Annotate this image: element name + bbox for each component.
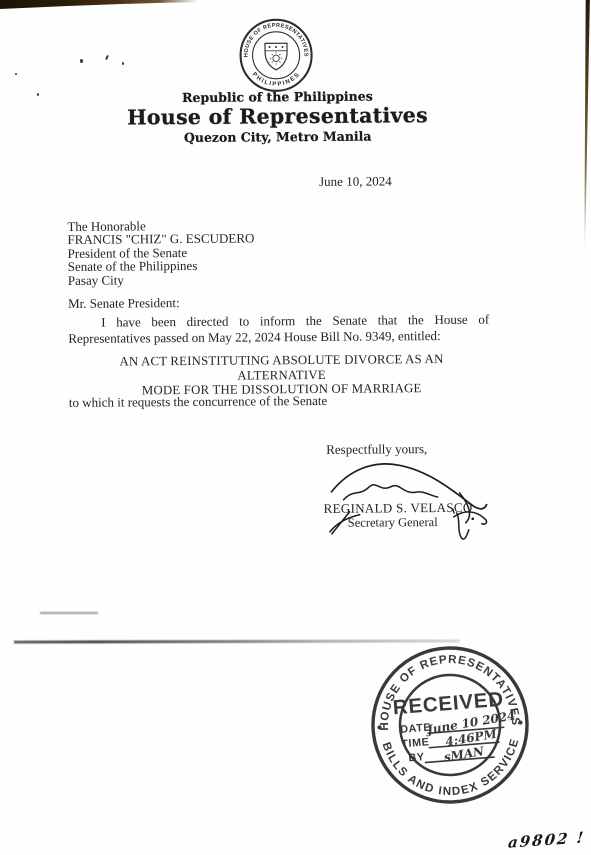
scanned-letter-page: HOUSE OF REPRESENTATIVES PHILIPPINES xyxy=(0,0,591,855)
letterhead: Republic of the Philippines House of Rep… xyxy=(0,87,557,146)
stamp-time-label: TIME xyxy=(401,736,430,750)
letterhead-chamber-line: House of Representatives xyxy=(0,102,557,130)
letterhead-location-line: Quezon City, Metro Manila xyxy=(0,127,557,146)
signer-title: Secretary General xyxy=(348,515,438,531)
house-of-representatives-seal: HOUSE OF REPRESENTATIVES PHILIPPINES xyxy=(237,16,316,95)
closing-line: to which it requests the concurrence of … xyxy=(69,393,328,411)
bill-title: AN ACT REINSTITUTING ABSOLUTE DIVORCE AS… xyxy=(100,352,462,399)
salutation: Mr. Senate President: xyxy=(68,295,180,312)
received-stamp: HOUSE OF REPRESENTATIVES BILLS AND INDEX… xyxy=(361,636,539,814)
addressee-block: The Honorable FRANCIS "CHIZ" G. ESCUDERO… xyxy=(67,218,254,286)
bill-title-line1: AN ACT REINSTITUTING ABSOLUTE DIVORCE AS… xyxy=(100,352,462,384)
addressee-city: Pasay City xyxy=(68,272,255,287)
stamp-by-label: BY xyxy=(408,751,425,764)
body-paragraph: I have been directed to inform the Senat… xyxy=(68,312,489,347)
letter-date: June 10, 2024 xyxy=(319,173,392,190)
seal-coat-of-arms xyxy=(265,43,287,70)
